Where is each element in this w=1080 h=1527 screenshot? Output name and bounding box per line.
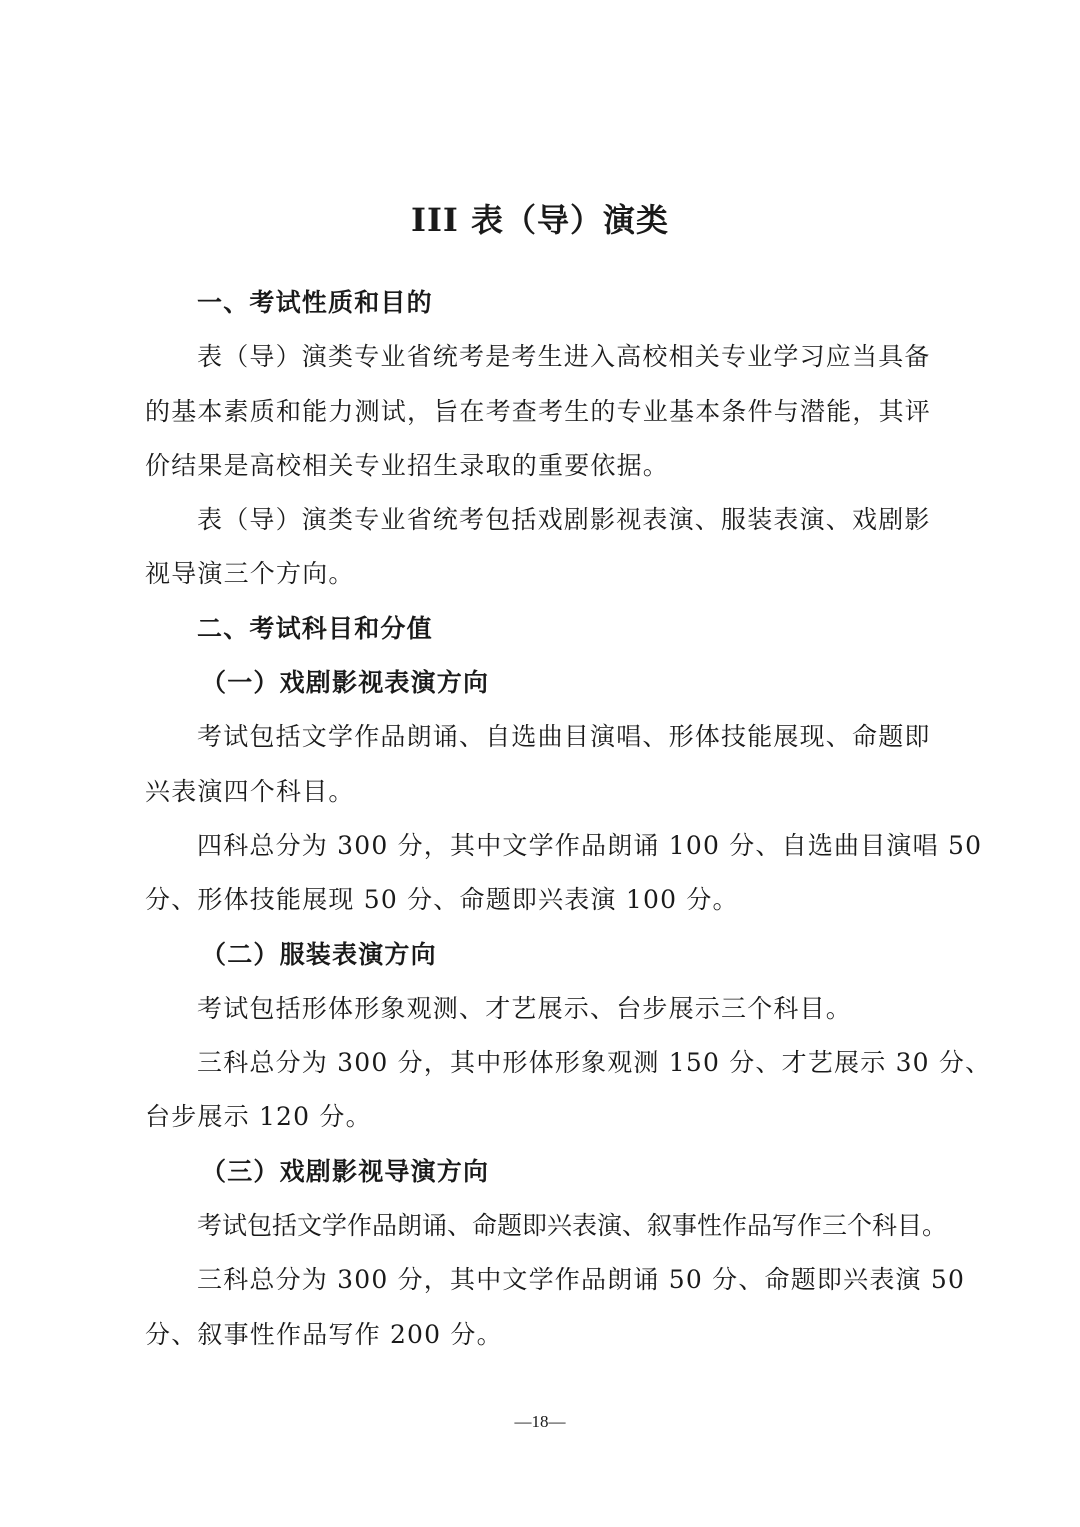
paragraph-line: 兴表演四个科目。 [145,765,937,819]
paragraph-line: 三科总分为 300 分，其中文学作品朗诵 50 分、命题即兴表演 50 [145,1253,937,1307]
paragraph-line: 视导演三个方向。 [145,547,937,601]
subsection-heading-fashion-show: （二）服装表演方向 [145,928,937,982]
paragraph-purpose-2: 表（导）演类专业省统考包括戏剧影视表演、服装表演、戏剧影 视导演三个方向。 [145,493,937,602]
document-body: 一、考试性质和目的 表（导）演类专业省统考是考生进入高校相关专业学习应当具备 的… [145,276,937,1362]
paragraph-line: 四科总分为 300 分，其中文学作品朗诵 100 分、自选曲目演唱 50 [145,819,937,873]
paragraph-line: 三科总分为 300 分，其中形体形象观测 150 分、才艺展示 30 分、 [145,1036,937,1090]
paragraph-drama-directing-subjects: 考试包括文学作品朗诵、命题即兴表演、叙事性作品写作三个科目。 [145,1199,937,1253]
paragraph-drama-acting-scores: 四科总分为 300 分，其中文学作品朗诵 100 分、自选曲目演唱 50 分、形… [145,819,937,928]
paragraph-line: 价结果是高校相关专业招生录取的重要依据。 [145,439,937,493]
paragraph-line: 分、叙事性作品写作 200 分。 [145,1308,937,1362]
page-title: III 表（导）演类 [0,192,1080,248]
paragraph-line: 表（导）演类专业省统考是考生进入高校相关专业学习应当具备 [145,330,937,384]
paragraph-line: 考试包括形体形象观测、才艺展示、台步展示三个科目。 [145,982,937,1036]
paragraph-drama-directing-scores: 三科总分为 300 分，其中文学作品朗诵 50 分、命题即兴表演 50 分、叙事… [145,1253,937,1362]
section-heading-subjects: 二、考试科目和分值 [145,602,937,656]
paragraph-line: 考试包括文学作品朗诵、自选曲目演唱、形体技能展现、命题即 [145,710,937,764]
paragraph-line: 的基本素质和能力测试，旨在考查考生的专业基本条件与潜能，其评 [145,385,937,439]
paragraph-line: 台步展示 120 分。 [145,1090,937,1144]
page-number: —18— [0,1412,1080,1432]
subsection-heading-drama-directing: （三）戏剧影视导演方向 [145,1145,937,1199]
paragraph-fashion-show-scores: 三科总分为 300 分，其中形体形象观测 150 分、才艺展示 30 分、 台步… [145,1036,937,1145]
section-heading-purpose: 一、考试性质和目的 [145,276,937,330]
paragraph-line: 分、形体技能展现 50 分、命题即兴表演 100 分。 [145,873,937,927]
paragraph-line: 表（导）演类专业省统考包括戏剧影视表演、服装表演、戏剧影 [145,493,937,547]
paragraph-purpose-1: 表（导）演类专业省统考是考生进入高校相关专业学习应当具备 的基本素质和能力测试，… [145,330,937,493]
paragraph-line: 考试包括文学作品朗诵、命题即兴表演、叙事性作品写作三个科目。 [145,1199,937,1253]
subsection-heading-drama-acting: （一）戏剧影视表演方向 [145,656,937,710]
paragraph-drama-acting-subjects: 考试包括文学作品朗诵、自选曲目演唱、形体技能展现、命题即 兴表演四个科目。 [145,710,937,819]
paragraph-fashion-show-subjects: 考试包括形体形象观测、才艺展示、台步展示三个科目。 [145,982,937,1036]
document-page: III 表（导）演类 一、考试性质和目的 表（导）演类专业省统考是考生进入高校相… [0,0,1080,1527]
